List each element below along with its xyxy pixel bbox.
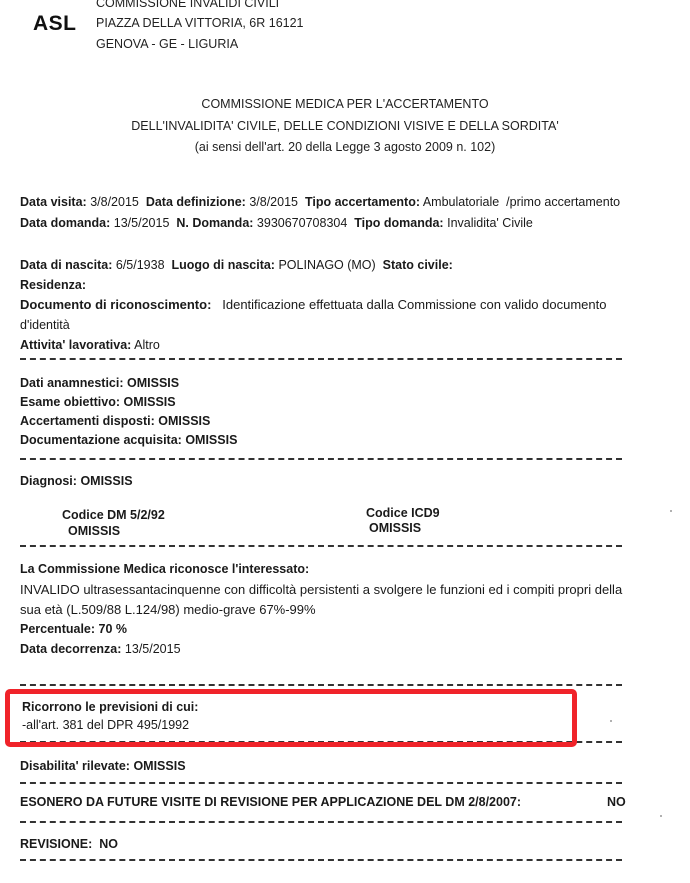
documentazione-row: Documentazione acquisita: OMISSIS <box>20 433 237 447</box>
scan-speck <box>660 815 662 817</box>
accertamenti-label: Accertamenti disposti: <box>20 414 155 428</box>
stato-civile-label: Stato civile: <box>383 258 453 272</box>
section-divider <box>20 684 622 686</box>
org-name: COMMISSIONE INVALIDI CIVILI <box>96 0 279 10</box>
attivita-value: Altro <box>134 338 160 352</box>
percentuale-row: Percentuale: 70 % <box>20 622 127 636</box>
disabilita-value: OMISSIS <box>133 759 185 773</box>
documento-continuation: d'identità <box>20 318 70 332</box>
org-address: PIAZZA DELLA VITTORIA, 6R 16121 <box>96 16 304 30</box>
revisione-label: REVISIONE: <box>20 837 92 851</box>
residenza-row: Residenza: <box>20 278 86 292</box>
codice-icd9-label: Codice ICD9 <box>366 506 440 520</box>
visit-info-row2: Data domanda: 13/5/2015 N. Domanda: 3930… <box>20 216 533 230</box>
data-visita-label: Data visita: <box>20 195 87 209</box>
decorrenza-value: 13/5/2015 <box>125 642 181 656</box>
n-domanda-value: 3930670708304 <box>257 216 347 230</box>
diagnosi-label: Diagnosi: <box>20 474 77 488</box>
documento-value: Identificazione effettuata dalla Commiss… <box>222 297 606 312</box>
document-subtitle: (ai sensi dell'art. 20 della Legge 3 ago… <box>0 140 690 154</box>
documento-row: Documento di riconoscimento: Identificaz… <box>20 297 606 312</box>
luogo-nascita-value: POLINAGO (MO) <box>278 258 375 272</box>
document-title-line2: DELL'INVALIDITA' CIVILE, DELLE CONDIZION… <box>0 119 690 133</box>
document-title-line1: COMMISSIONE MEDICA PER L'ACCERTAMENTO <box>0 97 690 111</box>
documentazione-label: Documentazione acquisita: <box>20 433 182 447</box>
accertamenti-row: Accertamenti disposti: OMISSIS <box>20 414 210 428</box>
percentuale-label: Percentuale: <box>20 622 95 636</box>
revisione-row: REVISIONE: NO <box>20 837 118 851</box>
codice-icd9-value: OMISSIS <box>369 521 421 535</box>
section-divider <box>20 782 622 784</box>
decorrenza-row: Data decorrenza: 13/5/2015 <box>20 642 181 656</box>
attivita-label: Attivita' lavorativa: <box>20 338 131 352</box>
data-visita-value: 3/8/2015 <box>90 195 139 209</box>
attivita-row: Attivita' lavorativa: Altro <box>20 338 160 352</box>
dati-anamnestici-row: Dati anamnestici: OMISSIS <box>20 376 179 390</box>
tipo-domanda-label: Tipo domanda: <box>354 216 443 230</box>
dati-anamnestici-label: Dati anamnestici: <box>20 376 124 390</box>
verdict-heading: La Commissione Medica riconosce l'intere… <box>20 562 309 576</box>
data-definizione-value: 3/8/2015 <box>249 195 298 209</box>
visit-info-row1: Data visita: 3/8/2015 Data definizione: … <box>20 195 620 209</box>
documentazione-value: OMISSIS <box>185 433 237 447</box>
data-nascita-value: 6/5/1938 <box>116 258 165 272</box>
diagnosi-row: Diagnosi: OMISSIS <box>20 474 133 488</box>
org-city: GENOVA - GE - LIGURIA <box>96 37 238 51</box>
documento-label: Documento di riconoscimento: <box>20 297 211 312</box>
asl-logo: ASL <box>33 12 77 36</box>
verdict-text-line2: sua età (L.509/88 L.124/98) medio-grave … <box>20 602 316 617</box>
decorrenza-label: Data decorrenza: <box>20 642 121 656</box>
codice-dm-value: OMISSIS <box>68 524 120 538</box>
scan-speck <box>240 18 242 20</box>
esonero-value: NO <box>607 795 626 809</box>
section-divider <box>20 458 622 460</box>
birth-info-row: Data di nascita: 6/5/1938 Luogo di nasci… <box>20 258 453 272</box>
section-divider <box>20 821 622 823</box>
n-domanda-label: N. Domanda: <box>176 216 253 230</box>
tipo-accertamento-label: Tipo accertamento: <box>305 195 420 209</box>
data-definizione-label: Data definizione: <box>146 195 246 209</box>
tipo-accertamento-value: Ambulatoriale /primo accertamento <box>423 195 620 209</box>
data-domanda-value: 13/5/2015 <box>114 216 170 230</box>
diagnosi-value: OMISSIS <box>80 474 132 488</box>
percentuale-value: 70 % <box>99 622 128 636</box>
dati-anamnestici-value: OMISSIS <box>127 376 179 390</box>
tipo-domanda-value: Invalidita' Civile <box>447 216 533 230</box>
section-divider <box>20 859 622 861</box>
data-nascita-label: Data di nascita: <box>20 258 112 272</box>
section-divider <box>20 358 622 360</box>
esonero-label: ESONERO DA FUTURE VISITE DI REVISIONE PE… <box>20 795 521 809</box>
esame-obiettivo-row: Esame obiettivo: OMISSIS <box>20 395 176 409</box>
revisione-value: NO <box>99 837 118 851</box>
disabilita-label: Disabilita' rilevate: <box>20 759 130 773</box>
codice-dm-label: Codice DM 5/2/92 <box>62 508 165 522</box>
highlight-box <box>5 689 577 747</box>
data-domanda-label: Data domanda: <box>20 216 110 230</box>
esame-obiettivo-value: OMISSIS <box>124 395 176 409</box>
scan-speck <box>670 510 672 512</box>
scan-speck <box>610 720 612 722</box>
luogo-nascita-label: Luogo di nascita: <box>172 258 275 272</box>
esame-obiettivo-label: Esame obiettivo: <box>20 395 120 409</box>
section-divider <box>20 545 622 547</box>
residenza-label: Residenza: <box>20 278 86 292</box>
accertamenti-value: OMISSIS <box>158 414 210 428</box>
disabilita-row: Disabilita' rilevate: OMISSIS <box>20 759 186 773</box>
verdict-text-line1: INVALIDO ultrasessantacinquenne con diff… <box>20 582 622 597</box>
